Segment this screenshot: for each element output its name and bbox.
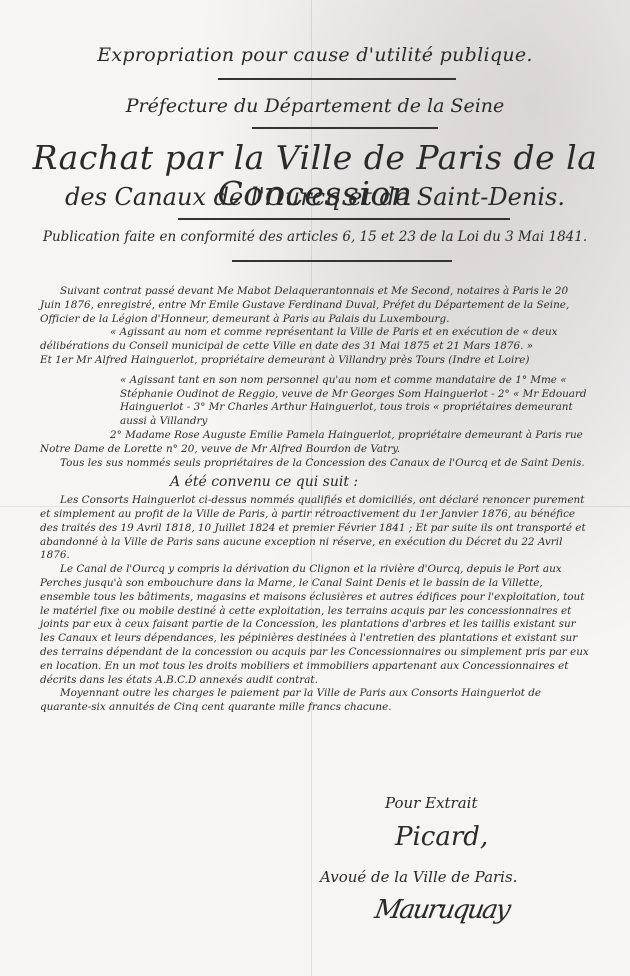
paragraph-renounce: Les Consorts Hainguerlot ci-dessus nommé… [40, 494, 592, 563]
paragraph-canal: Le Canal de l'Ourcq y compris la dérivat… [40, 563, 592, 687]
paragraph-acting-city: « Agissant au nom et comme représentant … [40, 326, 592, 354]
publication-line: Publication faite en conformité des arti… [0, 229, 630, 245]
paragraph-mandataire: « Agissant tant en son nom personnel qu'… [40, 374, 592, 429]
paragraph-owners: Tous les sus nommés seuls propriétaires … [40, 457, 592, 471]
paragraph-rose: 2° Madame Rose Auguste Emilie Pamela Hai… [40, 429, 592, 457]
paragraph-contract: Suivant contrat passé devant Me Mabot De… [40, 285, 592, 326]
title-canaux: des Canaux de l'Ourcq et de Saint-Denis. [0, 183, 630, 211]
heading-expropriation: Expropriation pour cause d'utilité publi… [0, 44, 630, 66]
publication-underline [232, 260, 452, 262]
contract-body: Suivant contrat passé devant Me Mabot De… [40, 285, 592, 715]
handwritten-signature: Mauruquay [372, 895, 511, 925]
agreed-heading: A été convenu ce qui suit : [40, 476, 592, 490]
signer-title: Avoué de la Ville de Paris. [320, 868, 517, 886]
prefecture-underline [252, 127, 438, 129]
document-page: Expropriation pour cause d'utilité publi… [0, 0, 630, 976]
signer-name: Picard, [395, 822, 488, 852]
paragraph-alfred: Et 1er Mr Alfred Hainguerlot, propriétai… [40, 354, 592, 368]
heading-prefecture: Préfecture du Département de la Seine [0, 95, 630, 117]
heading-underline [218, 78, 456, 80]
paragraph-payment: Moyennant outre les charges le paiement … [40, 687, 592, 715]
title-underline [178, 218, 510, 220]
pour-extrait: Pour Extrait [385, 794, 478, 812]
